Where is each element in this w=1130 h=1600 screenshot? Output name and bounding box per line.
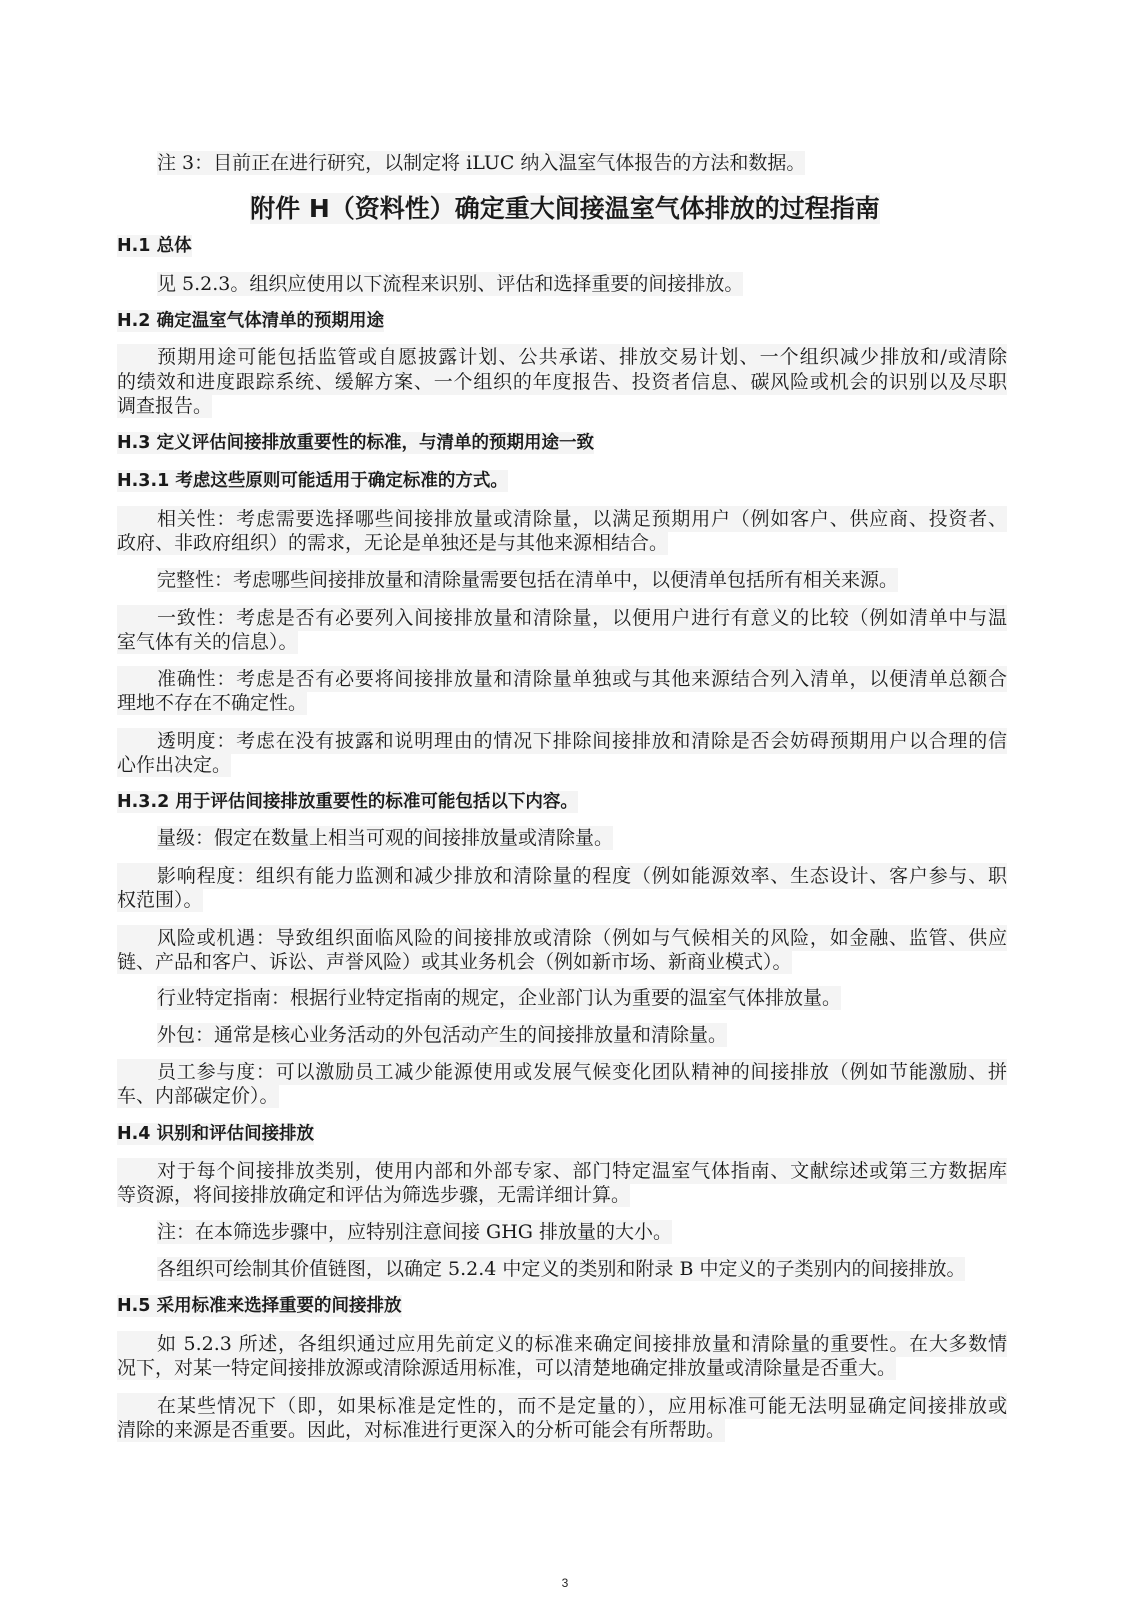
- paragraph-line: 清除的来源是否重要。因此，对标准进行更深入的分析可能会有所帮助。: [117, 1418, 1007, 1442]
- principle-relevance-cont: 政府、非政府组织）的需求，无论是单独还是与其他来源相结合。: [117, 531, 1007, 555]
- paragraph-line: 各组织可绘制其价值链图，以确定 5.2.4 中定义的类别和附录 B 中定义的子类…: [117, 1257, 1007, 1281]
- paragraph-line-text: 外包：通常是核心业务活动的外包活动产生的间接排放量和清除量。: [157, 1023, 727, 1047]
- principle-transparency: 透明度：考虑在没有披露和说明理由的情况下排除间接排放和清除是否会妨碍预期用户以合…: [117, 728, 1007, 754]
- paragraph-line-text: 室气体有关的信息）。: [117, 630, 298, 654]
- heading-h2-text: H.2 确定温室气体清单的预期用途: [117, 310, 384, 332]
- paragraph-line-text: 况下，对某一特定间接排放源或清除源适用标准，可以清楚地确定排放量或清除量是否重大…: [117, 1356, 896, 1380]
- paragraph-line-text: 完整性：考虑哪些间接排放量和清除量需要包括在清单中，以便清单包括所有相关来源。: [157, 568, 898, 592]
- heading-h3-2-text: H.3.2 用于评估间接排放重要性的标准可能包括以下内容。: [117, 791, 578, 813]
- paragraph-line-text: 心作出决定。: [117, 753, 231, 777]
- paragraph-line: 如 5.2.3 所述，各组织通过应用先前定义的标准来确定间接排放量和清除量的重要…: [117, 1331, 1007, 1357]
- paragraph-line-text: 调查报告。: [117, 394, 212, 418]
- paragraph-line-text: 行业特定指南：根据行业特定指南的规定，企业部门认为重要的温室气体排放量。: [157, 986, 841, 1010]
- principle-completeness: 完整性：考虑哪些间接排放量和清除量需要包括在清单中，以便清单包括所有相关来源。: [117, 568, 1007, 592]
- paragraph-line: 的绩效和进度跟踪系统、缓解方案、一个组织的年度报告、投资者信息、碳风险或机会的识…: [117, 369, 1007, 395]
- paragraph-line-text: 政府、非政府组织）的需求，无论是单独还是与其他来源相结合。: [117, 531, 668, 555]
- heading-h3-text: H.3 定义评估间接排放重要性的标准，与清单的预期用途一致: [117, 432, 594, 454]
- heading-h4: H.4 识别和评估间接排放: [117, 1122, 1007, 1146]
- criterion-risk-cont: 链、产品和客户、诉讼、声誉风险）或其业务机会（例如新市场、新商业模式）。: [117, 950, 1007, 974]
- paragraph-line-text: 权范围）。: [117, 888, 203, 912]
- paragraph-line: 在某些情况下（即，如果标准是定性的，而不是定量的），应用标准可能无法明显确定间接…: [117, 1393, 1007, 1419]
- principle-consistency-cont: 室气体有关的信息）。: [117, 630, 1007, 654]
- heading-h2: H.2 确定温室气体清单的预期用途: [117, 309, 1007, 333]
- heading-h4-text: H.4 识别和评估间接排放: [117, 1123, 314, 1145]
- paragraph-line-text: 注：在本筛选步骤中，应特别注意间接 GHG 排放量的大小。: [157, 1220, 672, 1244]
- paragraph-line-text: 车、内部碳定价）。: [117, 1084, 279, 1108]
- page-number: 3: [0, 1576, 1130, 1590]
- paragraph: 见 5.2.3。组织应使用以下流程来识别、评估和选择重要的间接排放。: [117, 272, 1007, 296]
- heading-h3: H.3 定义评估间接排放重要性的标准，与清单的预期用途一致: [117, 431, 1007, 455]
- principle-consistency: 一致性：考虑是否有必要列入间接排放量和清除量，以便用户进行有意义的比较（例如清单…: [117, 605, 1007, 631]
- paragraph-line-text: 清除的来源是否重要。因此，对标准进行更深入的分析可能会有所帮助。: [117, 1418, 725, 1442]
- paragraph-line-text: 理地不存在不确定性。: [117, 691, 307, 715]
- note-3: 注 3：目前正在进行研究，以制定将 iLUC 纳入温室气体报告的方法和数据。: [117, 151, 1007, 175]
- criterion-magnitude: 量级：假定在数量上相当可观的间接排放量或清除量。: [117, 826, 1007, 850]
- principle-accuracy: 准确性：考虑是否有必要将间接排放量和清除量单独或与其他来源结合列入清单，以便清单…: [117, 666, 1007, 692]
- heading-h1: H.1 总体: [117, 234, 1007, 258]
- criterion-risk: 风险或机遇：导致组织面临风险的间接排放或清除（例如与气候相关的风险，如金融、监管…: [117, 925, 1007, 951]
- paragraph-line-text: 量级：假定在数量上相当可观的间接排放量或清除量。: [157, 826, 613, 850]
- annex-title: 附件 H（资料性）确定重大间接温室气体排放的过程指南: [0, 194, 1130, 224]
- heading-h3-1-text: H.3.1 考虑这些原则可能适用于确定标准的方式。: [117, 470, 508, 492]
- paragraph-line-text: 链、产品和客户、诉讼、声誉风险）或其业务机会（例如新市场、新商业模式）。: [117, 950, 792, 974]
- screening-note: 注：在本筛选步骤中，应特别注意间接 GHG 排放量的大小。: [117, 1220, 1007, 1244]
- criterion-sector: 行业特定指南：根据行业特定指南的规定，企业部门认为重要的温室气体排放量。: [117, 986, 1007, 1010]
- heading-h1-text: H.1 总体: [117, 235, 192, 257]
- criterion-influence: 影响程度：组织有能力监测和减少排放和清除量的程度（例如能源效率、生态设计、客户参…: [117, 863, 1007, 889]
- document-page: 注 3：目前正在进行研究，以制定将 iLUC 纳入温室气体报告的方法和数据。 附…: [0, 0, 1130, 1600]
- principle-transparency-cont: 心作出决定。: [117, 753, 1007, 777]
- heading-h3-2: H.3.2 用于评估间接排放重要性的标准可能包括以下内容。: [117, 790, 1007, 814]
- note-3-text: 注 3：目前正在进行研究，以制定将 iLUC 纳入温室气体报告的方法和数据。: [157, 151, 805, 175]
- annex-title-text: 附件 H（资料性）确定重大间接温室气体排放的过程指南: [250, 193, 880, 224]
- heading-h5: H.5 采用标准来选择重要的间接排放: [117, 1294, 1007, 1318]
- paragraph-line: 等资源，将间接排放确定和评估为筛选步骤，无需详细计算。: [117, 1183, 1007, 1207]
- heading-h5-text: H.5 采用标准来选择重要的间接排放: [117, 1295, 402, 1317]
- paragraph-line: 调查报告。: [117, 394, 1007, 418]
- paragraph-line-text: 各组织可绘制其价值链图，以确定 5.2.4 中定义的类别和附录 B 中定义的子类…: [157, 1257, 965, 1281]
- principle-relevance: 相关性：考虑需要选择哪些间接排放量或清除量，以满足预期用户（例如客户、供应商、投…: [117, 506, 1007, 532]
- heading-h3-1: H.3.1 考虑这些原则可能适用于确定标准的方式。: [117, 469, 1007, 493]
- paragraph-line: 对于每个间接排放类别，使用内部和外部专家、部门特定温室气体指南、文献综述或第三方…: [117, 1158, 1007, 1184]
- paragraph-line: 预期用途可能包括监管或自愿披露计划、公共承诺、排放交易计划、一个组织减少排放和/…: [117, 344, 1007, 370]
- paragraph-line: 见 5.2.3。组织应使用以下流程来识别、评估和选择重要的间接排放。: [157, 272, 743, 296]
- paragraph-line: 况下，对某一特定间接排放源或清除源适用标准，可以清楚地确定排放量或清除量是否重大…: [117, 1356, 1007, 1380]
- criterion-employee: 员工参与度：可以激励员工减少能源使用或发展气候变化团队精神的间接排放（例如节能激…: [117, 1059, 1007, 1085]
- paragraph-line-text: 等资源，将间接排放确定和评估为筛选步骤，无需详细计算。: [117, 1183, 630, 1207]
- criterion-outsourcing: 外包：通常是核心业务活动的外包活动产生的间接排放量和清除量。: [117, 1023, 1007, 1047]
- criterion-influence-cont: 权范围）。: [117, 888, 1007, 912]
- criterion-employee-cont: 车、内部碳定价）。: [117, 1084, 1007, 1108]
- principle-accuracy-cont: 理地不存在不确定性。: [117, 691, 1007, 715]
